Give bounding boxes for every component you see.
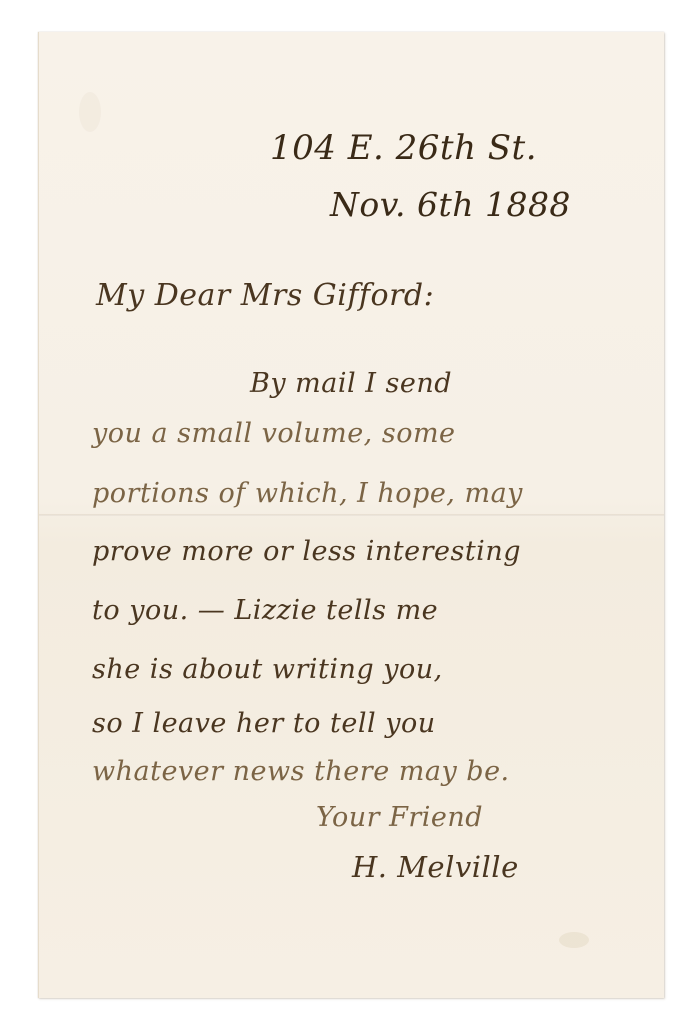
paper-stain (79, 92, 101, 132)
letter-closing: Your Friend (316, 802, 483, 833)
letter-salutation: My Dear Mrs Gifford: (96, 278, 434, 313)
letter-body-line: By mail I send (250, 368, 452, 399)
letter-date: Nov. 6th 1888 (330, 185, 571, 224)
letter-body-line: whatever news there may be. (92, 756, 510, 787)
letter-address: 104 E. 26th St. (270, 128, 537, 168)
letter-body-line: she is about writing you, (92, 654, 443, 685)
letter-body-line: so I leave her to tell you (92, 708, 436, 739)
letter-signature: H. Melville (352, 850, 519, 884)
letter-sheet (38, 32, 664, 998)
scan-background: 104 E. 26th St. Nov. 6th 1888 My Dear Mr… (0, 0, 698, 1024)
paper-stain (559, 932, 589, 948)
letter-body-line: to you. — Lizzie tells me (92, 595, 438, 626)
paper-fold-line (39, 514, 664, 516)
letter-body-line: you a small volume, some (92, 418, 456, 449)
letter-body-line: portions of which, I hope, may (92, 478, 523, 509)
letter-body-line: prove more or less interesting (92, 536, 521, 567)
